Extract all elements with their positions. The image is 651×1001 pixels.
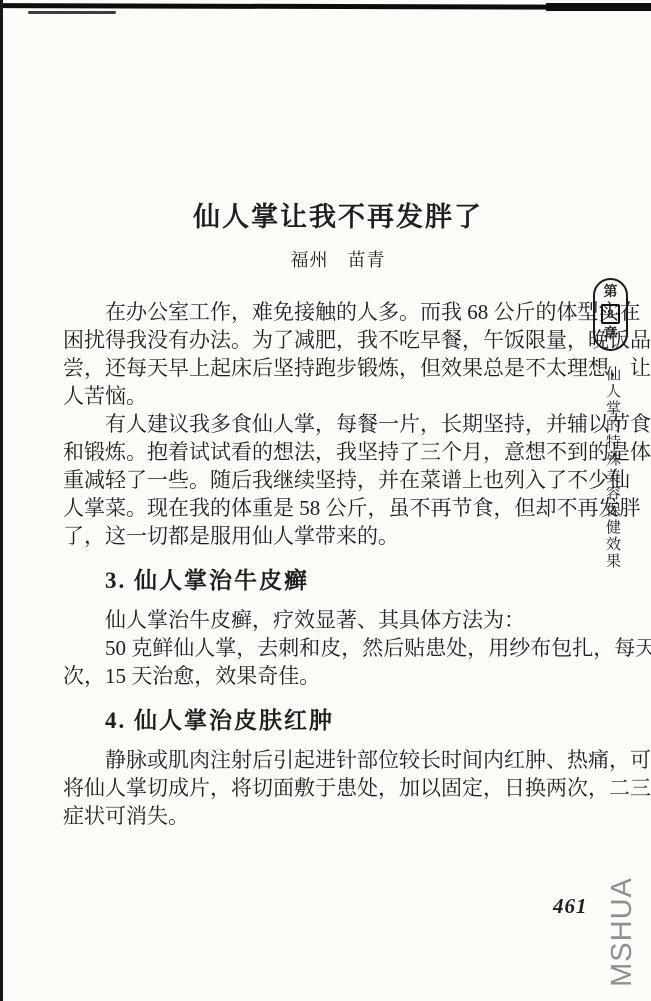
page-title: 仙人掌让我不再发胖了 [93, 200, 583, 234]
article-blocks: 在办公室工作，难免接触的人多。而我 68 公斤的体型实在困扰得我没有办法。为了减… [63, 298, 583, 830]
text-line: 人苦恼。 [63, 382, 583, 410]
text-line: 在办公室工作，难免接触的人多。而我 68 公斤的体型实在 [63, 298, 583, 326]
text-line: 有人建议我多食仙人掌，每餐一片，长期坚持，并辅以节食 [63, 410, 583, 438]
text-line: 人掌菜。现在我的体重是 58 公斤，虽不再节食，但却不再发胖 [63, 494, 583, 522]
byline: 福州 苗青 [93, 248, 583, 272]
text-line: 次，15 天治愈，效果奇佳。 [63, 662, 583, 690]
chapter-number: 8 [601, 304, 620, 324]
section-heading: 3. 仙人掌治牛皮癣 [63, 566, 583, 596]
article: 仙人掌让我不再发胖了 福州 苗青 在办公室工作，难免接触的人多。而我 68 公斤… [63, 0, 583, 830]
text-line: 50 克鲜仙人掌，去刺和皮，然后贴患处，用纱布包扎，每天 1 [63, 634, 583, 662]
paragraph: 仙人掌治牛皮癣，疗效显著、其具体方法为： [63, 606, 583, 634]
watermark: MSHUA [607, 877, 637, 987]
text-line: 重减轻了一些。随后我继续坚持，并在菜谱上也列入了不少仙 [63, 466, 583, 494]
text-line: 和锻炼。抱着试试看的想法，我坚持了三个月，意想不到的是体 [63, 438, 583, 466]
text-line: 困扰得我没有办法。为了减肥，我不吃早餐，午饭限量，晚饭品 [63, 326, 583, 354]
chapter-title-vertical: 仙人掌的特殊美容保健效果 [600, 366, 624, 570]
text-line: 将仙人掌切成片，将切面敷于患处，加以固定，日换两次，二三日 [63, 774, 583, 802]
section-heading: 4. 仙人掌治皮肤红肿 [63, 706, 583, 736]
chapter-suffix: 章 [604, 327, 618, 343]
chapter-prefix: 第 [604, 285, 618, 301]
paragraph: 静脉或肌肉注射后引起进针部位较长时间内红肿、热痛，可将仙人掌切成片，将切面敷于患… [63, 746, 583, 830]
paragraph: 有人建议我多食仙人掌，每餐一片，长期坚持，并辅以节食和锻炼。抱着试试看的想法，我… [63, 410, 583, 550]
chapter-badge: 第 8 章 [593, 278, 628, 351]
paragraph: 在办公室工作，难免接触的人多。而我 68 公斤的体型实在困扰得我没有办法。为了减… [63, 298, 583, 410]
scan-artifact-left-edge [0, 0, 3, 1001]
text-line: 尝，还每天早上起床后坚持跑步锻炼，但效果总是不太理想，让 [63, 354, 583, 382]
page-number: 461 [553, 894, 588, 919]
text-line: 症状可消失。 [63, 802, 583, 830]
text-line: 了，这一切都是服用仙人掌带来的。 [63, 522, 583, 550]
paragraph: 50 克鲜仙人掌，去刺和皮，然后贴患处，用纱布包扎，每天 1次，15 天治愈，效… [63, 634, 583, 690]
text-line: 仙人掌治牛皮癣，疗效显著、其具体方法为： [63, 606, 583, 634]
text-line: 静脉或肌肉注射后引起进针部位较长时间内红肿、热痛，可 [63, 746, 583, 774]
